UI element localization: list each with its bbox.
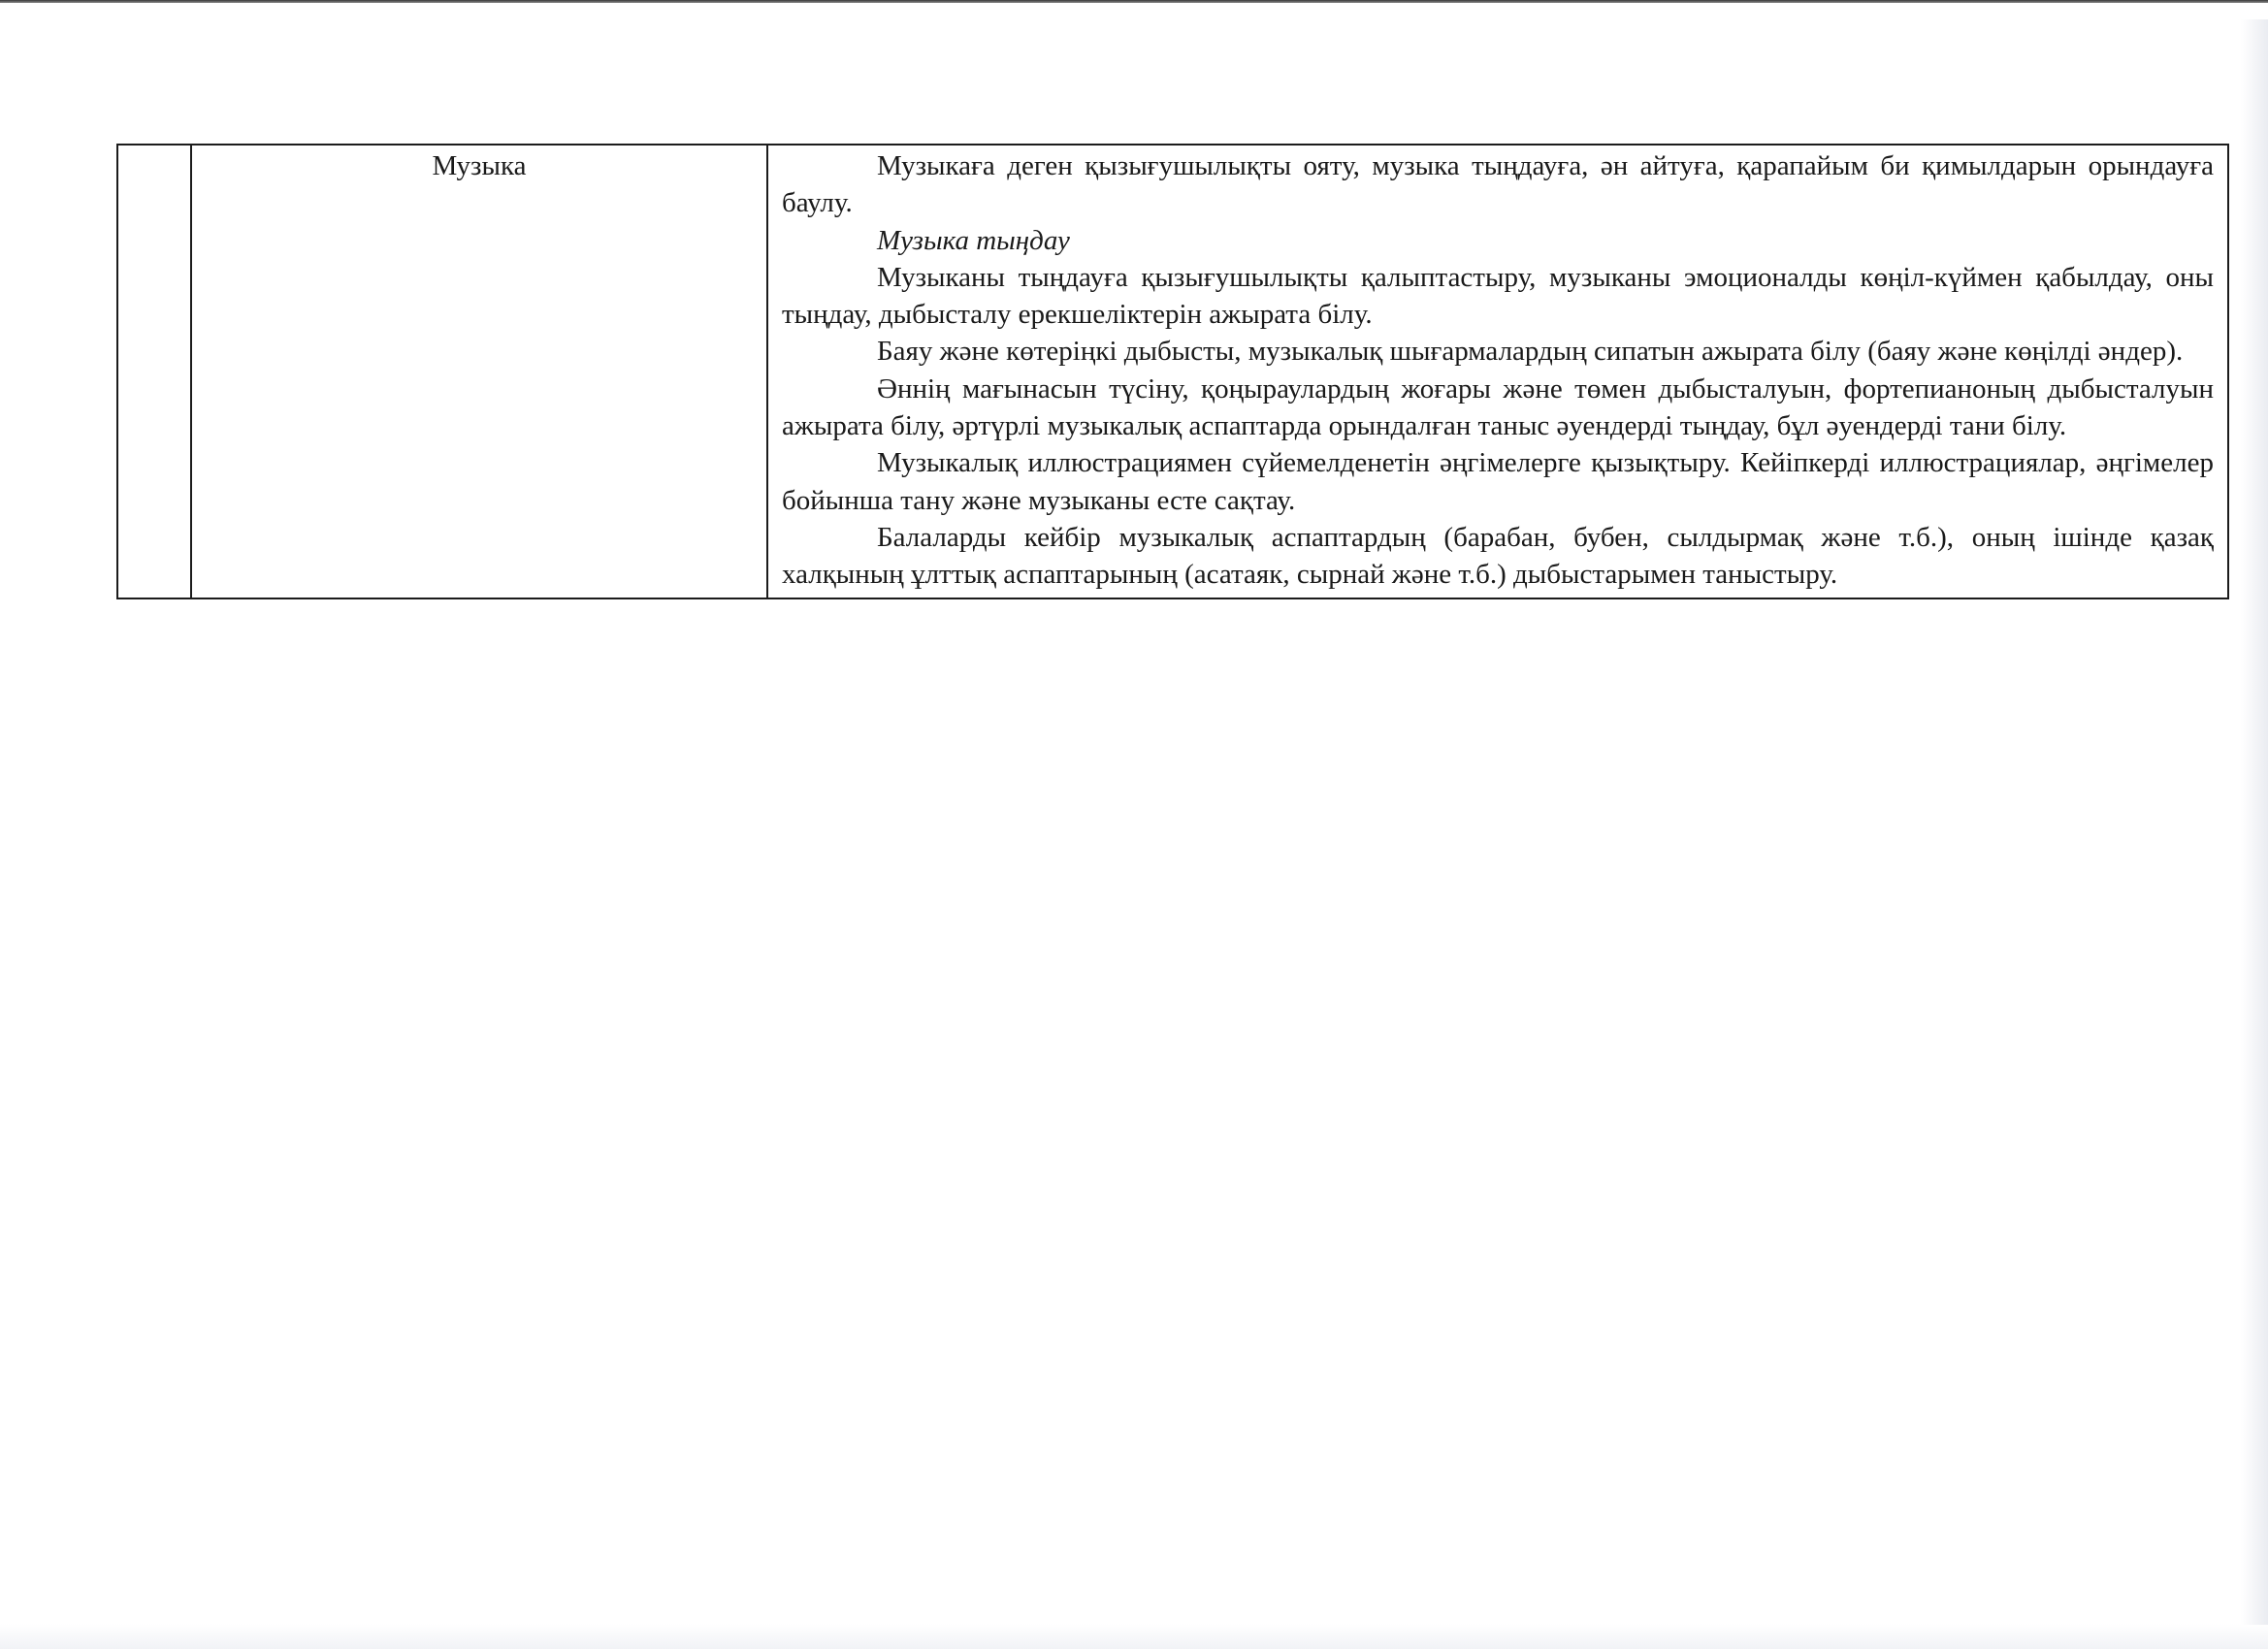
- scan-right-shade: [2241, 19, 2268, 1625]
- scan-top-edge: [0, 0, 2268, 3]
- paragraph-instruments: Балаларды кейбір музыкалық аспаптардың (…: [782, 519, 2214, 594]
- curriculum-table: Музыка Музыкаға деген қызығушылықты ояту…: [116, 144, 2229, 599]
- subject-cell: Музыка: [191, 145, 767, 598]
- table-row: Музыка Музыкаға деген қызығушылықты ояту…: [117, 145, 2228, 598]
- paragraph-slow-lively-sounds: Баяу және көтеріңкі дыбысты, музыкалық ш…: [782, 333, 2214, 370]
- row-number-cell: [117, 145, 191, 598]
- paragraph-song-meaning: Әннің мағынасын түсіну, қоңыраулардың жо…: [782, 371, 2214, 445]
- section-heading-music-listening: Музыка тыңдау: [782, 222, 2214, 259]
- paragraph-illustrated-stories: Музыкалық иллюстрациямен сүйемелденетін …: [782, 444, 2214, 519]
- subject-name: Музыка: [432, 150, 526, 181]
- scan-bottom-shade: [0, 1624, 2268, 1649]
- paragraph-listening-interest: Музыканы тыңдауға қызығушылықты қалыптас…: [782, 259, 2214, 334]
- paragraph-intro: Музыкаға деген қызығушылықты ояту, музык…: [782, 147, 2214, 222]
- content-cell: Музыкаға деген қызығушылықты ояту, музык…: [767, 145, 2228, 598]
